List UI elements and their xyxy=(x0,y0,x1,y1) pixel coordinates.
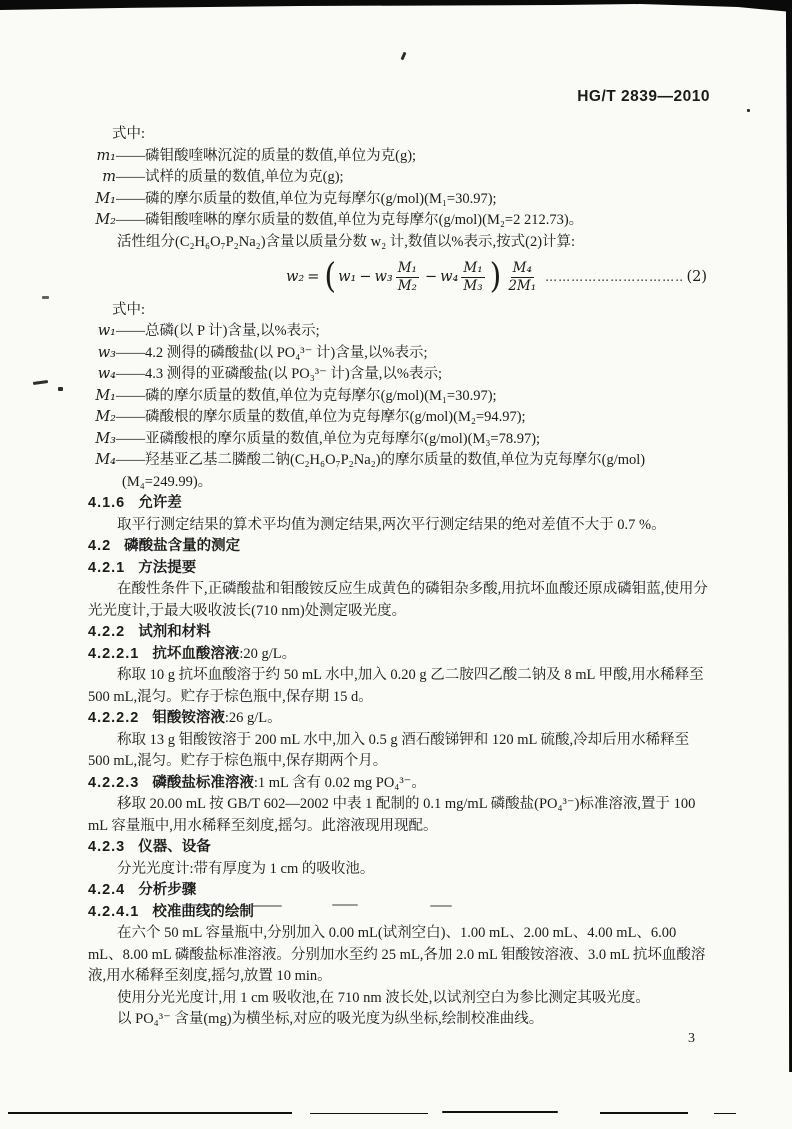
heading-4-2-2-1: 4.2.2.1抗坏血酸溶液:20 g/L。 xyxy=(88,644,713,666)
var-symbol: M₁ xyxy=(88,386,116,408)
vardef-w1: w₁——总磷(以 P 计)含量,以%表示; xyxy=(88,321,713,343)
term-w4: w₄ xyxy=(440,267,458,289)
var-symbol: M₂ xyxy=(88,407,116,429)
var-symbol: w₄ xyxy=(88,364,116,386)
para-4-1-6: 取平行测定结果的算术平均值为测定结果,两次平行测定结果的绝对差值不大于 0.7 … xyxy=(88,515,713,537)
var-description: ——总磷(以 P 计)含量,以%表示; xyxy=(116,323,320,339)
fraction-M1-M3: M₁M₃ xyxy=(461,260,484,295)
var-description: ——磷的摩尔质量的数值,单位为克每摩尔(g/mol)(M₁=30.97); xyxy=(116,191,497,207)
vardef-M1: M₁——磷的摩尔质量的数值,单位为克每摩尔(g/mol)(M₁=30.97); xyxy=(88,189,713,211)
scan-edge-bottom-segment xyxy=(8,1112,292,1114)
vardef-M4: M₄——羟基亚乙基二膦酸二钠(C₂H₆O₇P₂Na₂)的摩尔质量的数值,单位为克… xyxy=(88,450,713,493)
equation-number: (2) xyxy=(686,267,707,289)
scan-edge-bottom-segment xyxy=(442,1111,558,1113)
vardef-M1-2: M₁——磷的摩尔质量的数值,单位为克每摩尔(g/mol)(M₁=30.97); xyxy=(88,386,713,408)
heading-4-2-3: 4.2.3仪器、设备 xyxy=(88,837,713,859)
var-description: ——4.2 测得的磷酸盐(以 PO₄³⁻ 计)含量,以%表示; xyxy=(116,345,427,361)
minus-sign: − xyxy=(359,267,371,289)
scanned-document-page: HG/T 2839—2010 式中: m₁——磷钼酸喹啉沉淀的质量的数值,单位为… xyxy=(0,0,792,1129)
page-number: 3 xyxy=(688,1031,695,1047)
para-4-2-3: 分光光度计:带有厚度为 1 cm 的吸收池。 xyxy=(88,859,713,881)
fraction-M4-2M1: M₄2M₁ xyxy=(506,260,538,295)
var-symbol: M₂ xyxy=(88,210,116,232)
term-w3: w₃ xyxy=(375,267,393,289)
scan-edge-bottom-segment xyxy=(310,1113,428,1114)
scan-edge-right xyxy=(786,0,792,1072)
scan-speck xyxy=(42,296,49,299)
close-paren: ) xyxy=(490,260,502,295)
active-component-paragraph: 活性组分(C₂H₆O₇P₂Na₂)含量以质量分数 w₂ 计,数值以%表示,按式(… xyxy=(88,232,713,254)
var-description: ——试样的质量的数值,单位为克(g); xyxy=(116,169,344,185)
var-symbol: M₄ xyxy=(88,450,116,472)
heading-4-2-2-2: 4.2.2.2钼酸铵溶液:26 g/L。 xyxy=(88,708,713,730)
equals-sign: = xyxy=(307,267,319,289)
vardef-M2: M₂——磷钼酸喹啉的摩尔质量的数值,单位为克每摩尔(g/mol)(M₂=2 21… xyxy=(88,210,713,232)
minus-sign: − xyxy=(425,267,437,289)
where-label-2: 式中: xyxy=(112,300,713,322)
para-4-2-1: 在酸性条件下,正磷酸盐和钼酸铵反应生成黄色的磷钼杂多酸,用抗坏血酸还原成磷钼蓝,… xyxy=(88,579,713,622)
formula-2: w₂ = ( w₁ − w₃ M₁M₂ − w₄ M₁M₃ ) M₄2M₁ ……… xyxy=(88,260,713,295)
scan-speck xyxy=(401,52,407,61)
para-4-2-2-2: 称取 13 g 钼酸铵溶于 200 mL 水中,加入 0.5 g 酒石酸锑钾和 … xyxy=(88,730,713,773)
scan-speck xyxy=(33,380,48,385)
var-symbol: M₃ xyxy=(88,429,116,451)
var-symbol: w₃ xyxy=(88,343,116,365)
heading-4-2-4: 4.2.4分析步骤 xyxy=(88,880,713,902)
dot-leader: …………………………………………………… xyxy=(545,267,682,289)
formula-lhs: w₂ xyxy=(286,267,304,289)
scan-edge-bottom-segment xyxy=(714,1113,736,1114)
var-description: ——磷酸根的摩尔质量的数值,单位为克每摩尔(g/mol)(M₂=94.97); xyxy=(116,409,526,425)
var-description: ——羟基亚乙基二膦酸二钠(C₂H₆O₇P₂Na₂)的摩尔质量的数值,单位为克每摩… xyxy=(116,452,645,490)
where-label-1: 式中: xyxy=(112,124,713,146)
fraction-M1-M2: M₁M₂ xyxy=(396,260,419,295)
scan-speck xyxy=(747,109,750,112)
open-paren: ( xyxy=(324,260,336,295)
var-description: ——亚磷酸根的摩尔质量的数值,单位为克每摩尔(g/mol)(M₃=78.97); xyxy=(116,431,540,447)
heading-4-2-2-3: 4.2.2.3磷酸盐标准溶液:1 mL 含有 0.02 mg PO₄³⁻。 xyxy=(88,773,713,795)
heading-4-1-6: 4.1.6允许差 xyxy=(88,493,713,515)
vardef-m1: m₁——磷钼酸喹啉沉淀的质量的数值,单位为克(g); xyxy=(88,146,713,168)
vardef-w3: w₃——4.2 测得的磷酸盐(以 PO₄³⁻ 计)含量,以%表示; xyxy=(88,343,713,365)
var-symbol: m₁ xyxy=(88,146,116,168)
vardef-m: m——试样的质量的数值,单位为克(g); xyxy=(88,167,713,189)
var-symbol: M₁ xyxy=(88,189,116,211)
vardef-M2-2: M₂——磷酸根的摩尔质量的数值,单位为克每摩尔(g/mol)(M₂=94.97)… xyxy=(88,407,713,429)
scan-edge-bottom-segment xyxy=(600,1112,688,1114)
var-symbol: w₁ xyxy=(88,321,116,343)
para-4-2-4-1-a: 在六个 50 mL 容量瓶中,分别加入 0.00 mL(试剂空白)、1.00 m… xyxy=(88,923,713,988)
doc-code-header: HG/T 2839—2010 xyxy=(577,88,710,106)
var-symbol: m xyxy=(88,167,116,189)
heading-4-2-4-1: 4.2.4.1校准曲线的绘制 xyxy=(88,902,713,924)
var-description: ——磷钼酸喹啉的摩尔质量的数值,单位为克每摩尔(g/mol)(M₂=2 212.… xyxy=(116,212,583,228)
page-content: 式中: m₁——磷钼酸喹啉沉淀的质量的数值,单位为克(g); m——试样的质量的… xyxy=(88,124,713,1031)
heading-4-2-1: 4.2.1方法提要 xyxy=(88,558,713,580)
var-description: ——磷的摩尔质量的数值,单位为克每摩尔(g/mol)(M₁=30.97); xyxy=(116,388,497,404)
heading-4-2-2: 4.2.2试剂和材料 xyxy=(88,622,713,644)
para-4-2-4-1-c: 以 PO₄³⁻ 含量(mg)为横坐标,对应的吸光度为纵坐标,绘制校准曲线。 xyxy=(88,1009,713,1031)
var-description: ——磷钼酸喹啉沉淀的质量的数值,单位为克(g); xyxy=(116,148,416,164)
var-description: ——4.3 测得的亚磷酸盐(以 PO₃³⁻ 计)含量,以%表示; xyxy=(116,366,442,382)
para-4-2-2-1: 称取 10 g 抗坏血酸溶于约 50 mL 水中,加入 0.20 g 乙二胺四乙… xyxy=(88,665,713,708)
para-4-2-2-3: 移取 20.00 mL 按 GB/T 602—2002 中表 1 配制的 0.1… xyxy=(88,794,713,837)
vardef-M3: M₃——亚磷酸根的摩尔质量的数值,单位为克每摩尔(g/mol)(M₃=78.97… xyxy=(88,429,713,451)
vardef-w4: w₄——4.3 测得的亚磷酸盐(以 PO₃³⁻ 计)含量,以%表示; xyxy=(88,364,713,386)
heading-4-2: 4.2磷酸盐含量的测定 xyxy=(88,536,713,558)
scan-speck xyxy=(58,387,63,391)
scan-edge-top xyxy=(0,0,792,14)
para-4-2-4-1-b: 使用分光光度计,用 1 cm 吸收池,在 710 nm 波长处,以试剂空白为参比… xyxy=(88,988,713,1010)
term-w1: w₁ xyxy=(338,267,356,289)
